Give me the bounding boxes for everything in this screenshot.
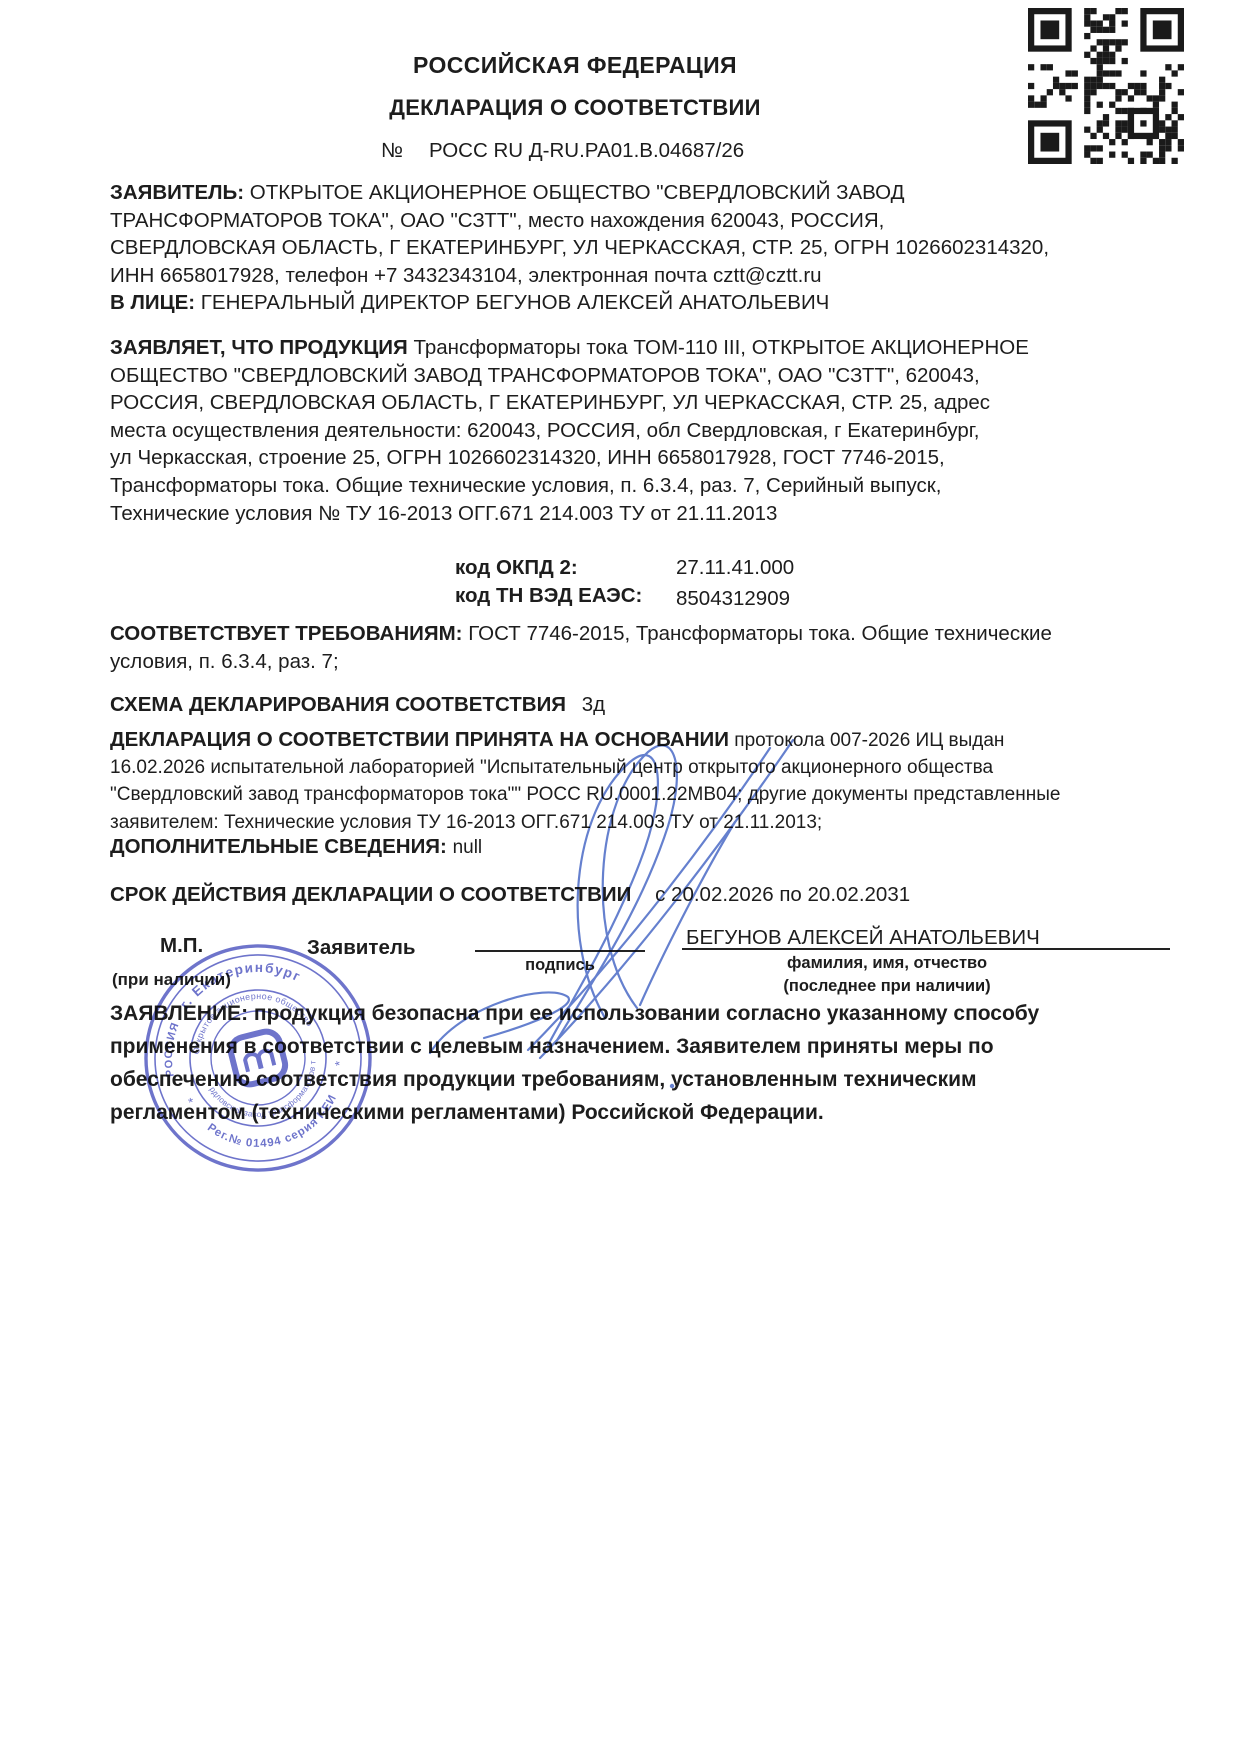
text-line: ИНН 6658017928, телефон +7 3432343104, э…	[110, 262, 1170, 290]
product-label: ЗАЯВЛЯЕТ, ЧТО ПРОДУКЦИЯ	[110, 336, 408, 359]
compliance-section: СООТВЕТСТВУЕТ ТРЕБОВАНИЯМ: ГОСТ 7746-201…	[110, 620, 1170, 675]
number-sign: №	[381, 139, 403, 163]
stamp-emblem	[228, 1029, 288, 1088]
stamp-country: РОССИЯ	[152, 1018, 194, 1079]
applicant-label: ЗАЯВИТЕЛЬ:	[110, 181, 244, 204]
svg-text:РОССИЯ: РОССИЯ	[152, 1018, 194, 1079]
text-line: ул Черкасская, строение 25, ОГРН 1026602…	[110, 444, 1170, 472]
tnved-code-value: 8504312909	[676, 587, 790, 611]
page-title-doctype: ДЕКЛАРАЦИЯ О СООТВЕТСТВИИ	[110, 95, 1040, 121]
text-line: ТРАНСФОРМАТОРОВ ТОКА", ОАО "СЗТТ", место…	[110, 207, 1170, 235]
product-section: ЗАЯВЛЯЕТ, ЧТО ПРОДУКЦИЯ Трансформаторы т…	[110, 334, 1170, 527]
text-line: ЗАЯВИТЕЛЬ: ОТКРЫТОЕ АКЦИОНЕРНОЕ ОБЩЕСТВО…	[110, 179, 1170, 207]
stamp-star-left: *	[180, 1095, 197, 1107]
compliance-label: СООТВЕТСТВУЕТ ТРЕБОВАНИЯМ:	[110, 622, 463, 645]
declaration-number: РОСС RU Д-RU.РА01.В.04687/26	[429, 139, 744, 163]
handwritten-signature	[320, 710, 840, 1100]
text-line: Технические условия № ТУ 16-2013 ОГГ.671…	[110, 500, 1170, 528]
in-person-label: В ЛИЦЕ:	[110, 291, 195, 314]
qr-code	[1028, 8, 1184, 164]
text-line: ОБЩЕСТВО "СВЕРДЛОВСКИЙ ЗАВОД ТРАНСФОРМАТ…	[110, 362, 1170, 390]
tnved-code-label: код ТН ВЭД ЕАЭС:	[455, 584, 642, 608]
declaration-number-row: № РОСС RU Д-RU.РА01.В.04687/26	[381, 139, 744, 163]
declaration-document: РОССИЙСКАЯ ФЕДЕРАЦИЯ ДЕКЛАРАЦИЯ О СООТВЕ…	[0, 0, 1240, 1753]
text-line: СВЕРДЛОВСКАЯ ОБЛАСТЬ, Г ЕКАТЕРИНБУРГ, УЛ…	[110, 234, 1170, 262]
text-line: СООТВЕТСТВУЕТ ТРЕБОВАНИЯМ: ГОСТ 7746-201…	[110, 620, 1170, 648]
page-title-country: РОССИЙСКАЯ ФЕДЕРАЦИЯ	[110, 52, 1040, 79]
text-line: ЗАЯВЛЯЕТ, ЧТО ПРОДУКЦИЯ Трансформаторы т…	[110, 334, 1170, 362]
okpd-code-value: 27.11.41.000	[676, 556, 794, 580]
okpd-code-label: код ОКПД 2:	[455, 556, 578, 580]
applicant-section: ЗАЯВИТЕЛЬ: ОТКРЫТОЕ АКЦИОНЕРНОЕ ОБЩЕСТВО…	[110, 179, 1170, 317]
text-line: Трансформаторы тока. Общие технические у…	[110, 472, 1170, 500]
svg-text:*: *	[180, 1095, 197, 1107]
text-line: условия, п. 6.3.4, раз. 7;	[110, 648, 1170, 676]
in-person-line: В ЛИЦЕ: ГЕНЕРАЛЬНЫЙ ДИРЕКТОР БЕГУНОВ АЛЕ…	[110, 289, 1170, 317]
text-line: места осуществления деятельности: 620043…	[110, 417, 1170, 445]
text-line: РОССИЯ, СВЕРДЛОВСКАЯ ОБЛАСТЬ, Г ЕКАТЕРИН…	[110, 389, 1170, 417]
